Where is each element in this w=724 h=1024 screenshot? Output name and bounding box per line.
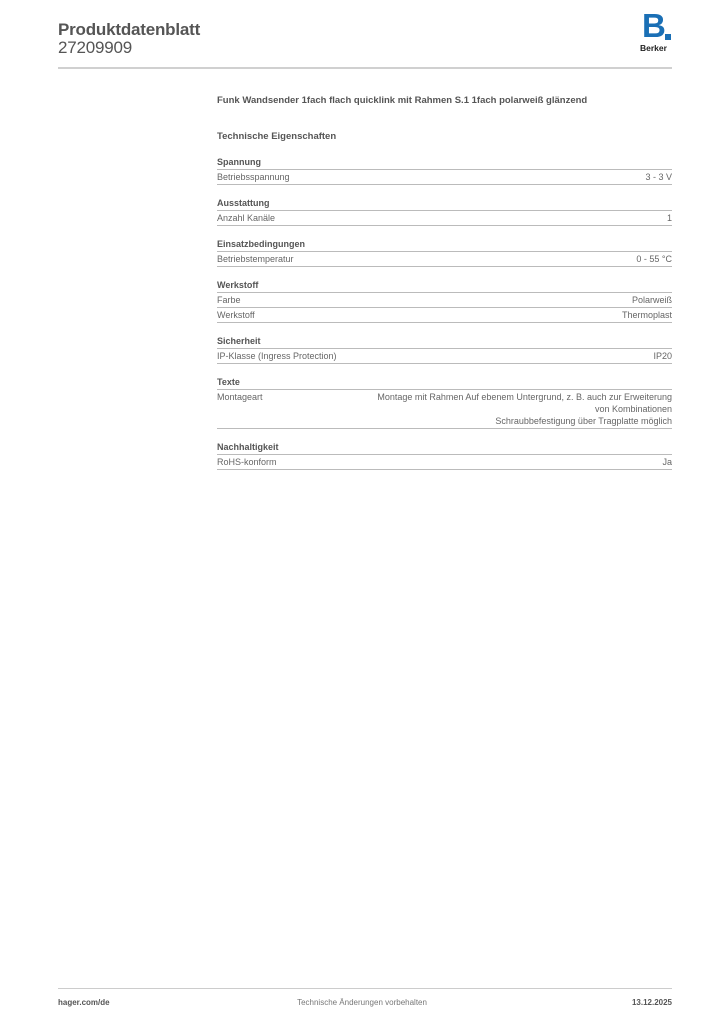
property-value: Montage mit Rahmen Auf ebenem Untergrund… xyxy=(377,391,672,427)
footer-date: 13.12.2025 xyxy=(632,998,672,1007)
datasheet-content: Funk Wandsender 1fach flach quicklink mi… xyxy=(217,94,672,470)
property-label: Farbe xyxy=(217,294,241,306)
section-heading: Technische Eigenschaften xyxy=(217,130,672,144)
logo-dot-icon xyxy=(665,34,671,40)
property-row: WerkstoffThermoplast xyxy=(217,308,672,323)
group-title: Einsatzbedingungen xyxy=(217,238,672,252)
property-row: MontageartMontage mit Rahmen Auf ebenem … xyxy=(217,390,672,429)
property-group: SpannungBetriebsspannung3 - 3 V xyxy=(217,156,672,185)
property-group: SicherheitIP-Klasse (Ingress Protection)… xyxy=(217,335,672,364)
group-title: Spannung xyxy=(217,156,672,170)
property-value: Ja xyxy=(662,456,672,468)
property-label: Montageart xyxy=(217,391,263,403)
group-title: Nachhaltigkeit xyxy=(217,441,672,455)
property-label: Werkstoff xyxy=(217,309,255,321)
property-row: IP-Klasse (Ingress Protection)IP20 xyxy=(217,349,672,364)
property-group: NachhaltigkeitRoHS-konformJa xyxy=(217,441,672,470)
group-title: Ausstattung xyxy=(217,197,672,211)
property-label: Anzahl Kanäle xyxy=(217,212,275,224)
property-value: IP20 xyxy=(653,350,672,362)
property-group: EinsatzbedingungenBetriebstemperatur0 - … xyxy=(217,238,672,267)
logo-brand-name: Berker xyxy=(640,43,667,53)
property-value: 3 - 3 V xyxy=(645,171,672,183)
footer-divider xyxy=(58,988,672,989)
property-value: 1 xyxy=(667,212,672,224)
property-row: FarbePolarweiß xyxy=(217,293,672,308)
property-row: Betriebstemperatur0 - 55 °C xyxy=(217,252,672,267)
property-label: Betriebstemperatur xyxy=(217,253,294,265)
property-value: Polarweiß xyxy=(632,294,672,306)
header-divider xyxy=(58,67,672,69)
footer-disclaimer: Technische Änderungen vorbehalten xyxy=(0,998,724,1007)
property-group: AusstattungAnzahl Kanäle1 xyxy=(217,197,672,226)
product-title: Funk Wandsender 1fach flach quicklink mi… xyxy=(217,94,672,108)
property-groups: SpannungBetriebsspannung3 - 3 VAusstattu… xyxy=(217,156,672,470)
group-title: Werkstoff xyxy=(217,279,672,293)
property-value: 0 - 55 °C xyxy=(636,253,672,265)
property-row: RoHS-konformJa xyxy=(217,455,672,470)
property-value: Thermoplast xyxy=(622,309,672,321)
property-row: Betriebsspannung3 - 3 V xyxy=(217,170,672,185)
property-label: RoHS-konform xyxy=(217,456,277,468)
article-number: 27209909 xyxy=(58,38,132,58)
property-group: TexteMontageartMontage mit Rahmen Auf eb… xyxy=(217,376,672,429)
berker-logo: B Berker xyxy=(640,15,674,55)
logo-letter: B xyxy=(642,9,665,42)
group-title: Sicherheit xyxy=(217,335,672,349)
property-label: Betriebsspannung xyxy=(217,171,290,183)
property-row: Anzahl Kanäle1 xyxy=(217,211,672,226)
property-group: WerkstoffFarbePolarweißWerkstoffThermopl… xyxy=(217,279,672,323)
document-title: Produktdatenblatt xyxy=(58,20,200,40)
property-label: IP-Klasse (Ingress Protection) xyxy=(217,350,337,362)
group-title: Texte xyxy=(217,376,672,390)
